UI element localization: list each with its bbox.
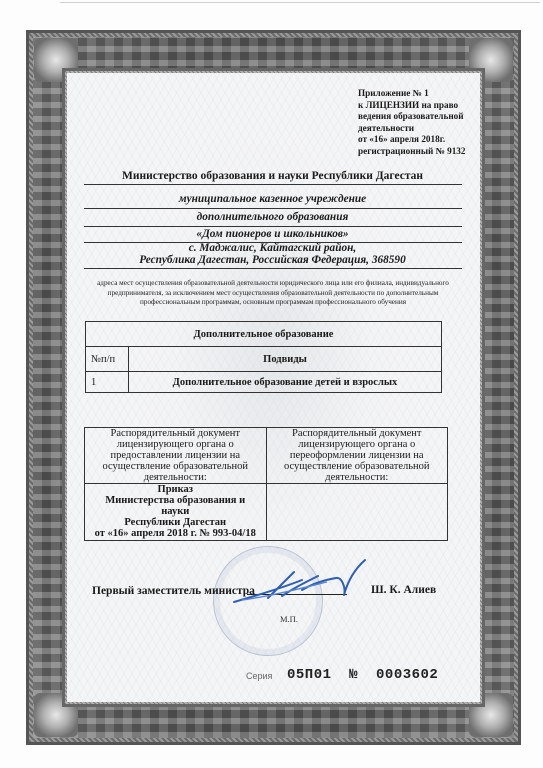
signer-position: Первый заместитель министра bbox=[92, 585, 255, 597]
education-types-table: Дополнительное образование №п/п Подвиды … bbox=[85, 321, 442, 393]
annex-line: ведения образовательной bbox=[358, 111, 498, 123]
column-header-subtypes: Подвиды bbox=[129, 347, 442, 372]
order-line: Министерства образования и науки bbox=[90, 495, 261, 517]
annex-line: Приложение № 1 bbox=[358, 88, 498, 100]
annex-line: к ЛИЦЕНЗИИ на право bbox=[358, 100, 498, 112]
address-caption: адреса мест осуществления образовательно… bbox=[84, 279, 462, 308]
order-line: Приказ bbox=[90, 484, 261, 495]
seal-placeholder-label: М.П. bbox=[280, 614, 298, 624]
organization-name: «Дом пионеров и школьников» bbox=[100, 228, 445, 240]
table-header-row: №п/п Подвиды bbox=[86, 347, 442, 372]
series-number: 05П01 № 0003602 bbox=[287, 667, 438, 683]
annex-line: регистрационный № 9132 bbox=[358, 146, 498, 158]
header-reissuance-document: Распорядительный документ лицензирующего… bbox=[266, 428, 448, 484]
row-number: 1 bbox=[86, 372, 129, 393]
divider bbox=[84, 184, 462, 185]
administrative-documents-table: Распорядительный документ лицензирующего… bbox=[84, 427, 448, 541]
reissuance-order bbox=[266, 484, 448, 541]
license-annex-page: Приложение № 1 к ЛИЦЕНЗИИ на право веден… bbox=[0, 0, 543, 768]
order-line: Республики Дагестан bbox=[90, 517, 261, 528]
table-header-row: Распорядительный документ лицензирующего… bbox=[85, 428, 448, 484]
organization-line-2: дополнительного образования bbox=[100, 211, 445, 223]
divider bbox=[84, 268, 462, 269]
header-issuance-document: Распорядительный документ лицензирующего… bbox=[85, 428, 267, 484]
row-subtype: Дополнительное образование детей и взрос… bbox=[129, 372, 442, 393]
table-row: Приказ Министерства образования и науки … bbox=[85, 484, 448, 541]
annex-header: Приложение № 1 к ЛИЦЕНЗИИ на право веден… bbox=[358, 88, 498, 158]
address-line-2: Республика Дагестан, Российская Федераци… bbox=[100, 254, 445, 266]
annex-line: деятельности bbox=[358, 123, 498, 135]
organization-line-1: муниципальное казенное учреждение bbox=[100, 193, 445, 205]
address-line-1: с. Маджалис, Кайтагский район, bbox=[100, 242, 445, 254]
annex-line: от «16» апреля 2018г. bbox=[358, 134, 498, 146]
divider bbox=[84, 208, 462, 209]
series-label: Серия bbox=[246, 671, 272, 681]
issuance-order: Приказ Министерства образования и науки … bbox=[85, 484, 267, 541]
table-title-row: Дополнительное образование bbox=[86, 322, 442, 347]
signer-name: Ш. К. Алиев bbox=[371, 584, 436, 596]
handwritten-signature-icon bbox=[232, 558, 367, 608]
order-line: от «16» апреля 2018 г. № 993-04/18 bbox=[90, 528, 261, 539]
column-header-number: №п/п bbox=[86, 347, 129, 372]
issuer-title: Министерство образования и науки Республ… bbox=[100, 170, 445, 182]
scan-edge bbox=[60, 2, 540, 3]
divider bbox=[84, 226, 462, 227]
table-row: 1 Дополнительное образование детей и взр… bbox=[86, 372, 442, 393]
table-title: Дополнительное образование bbox=[86, 322, 442, 347]
